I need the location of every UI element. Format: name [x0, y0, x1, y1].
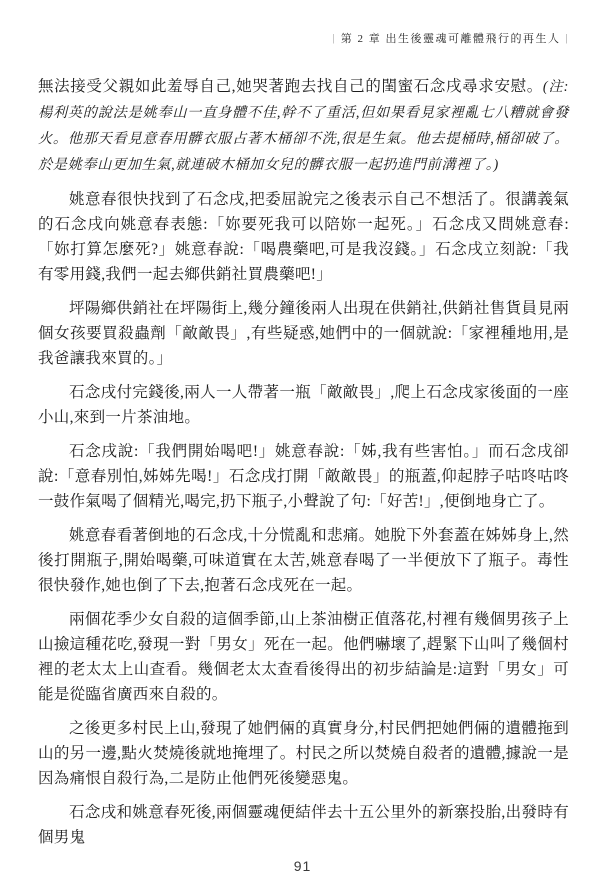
paragraph: 之後更多村民上山,發現了她們倆的真實身分,村民們把她們倆的遺體拖到山的另一邊,點…	[38, 716, 569, 791]
paragraph: 坪陽鄉供銷社在坪陽街上,幾分鐘後兩人出現在供銷社,供銷社售貨員見兩個女孩要買殺蟲…	[38, 296, 569, 371]
paragraph-lead-text: 無法接受父親如此羞辱自己,她哭著跑去找自己的閨蜜石念戌尋求安慰。	[38, 78, 543, 95]
paragraph: 姚意春很快找到了石念戌,把委屈說完之後表示自己不想活了。很講義氣的石念戌向姚意春…	[38, 187, 569, 287]
paragraph-continuation: 無法接受父親如此羞辱自己,她哭著跑去找自己的閨蜜石念戌尋求安慰。(注:楊利英的說…	[38, 74, 569, 178]
paragraph: 石念戌和姚意春死後,兩個靈魂便結伴去十五公里外的新寨投胎,出發時有個男鬼	[38, 800, 569, 850]
paragraph: 石念戌付完錢後,兩人一人帶著一瓶「敵敵畏」,爬上石念戌家後面的一座小山,來到一片…	[38, 380, 569, 430]
paragraph: 兩個花季少女自殺的這個季節,山上茶油樹正值落花,村裡有幾個男孩子上山撿這種花吃,…	[38, 607, 569, 707]
page-number: 91	[0, 858, 605, 874]
paragraph: 石念戌說:「我們開始喝吧!」姚意春說:「姊,我有些害怕。」而石念戌卻說:「意春別…	[38, 439, 569, 514]
header-right-bar: |	[565, 33, 569, 44]
chapter-title: 第 2 章 出生後靈魂可離體飛行的再生人	[341, 33, 561, 45]
running-header: |第 2 章 出生後靈魂可離體飛行的再生人|	[327, 30, 574, 46]
page-content: 無法接受父親如此羞辱自己,她哭著跑去找自己的閨蜜石念戌尋求安慰。(注:楊利英的說…	[38, 74, 569, 859]
book-page: |第 2 章 出生後靈魂可離體飛行的再生人| 無法接受父親如此羞辱自己,她哭著跑…	[0, 0, 605, 896]
paragraph: 姚意春看著倒地的石念戌,十分慌亂和悲痛。她脫下外套蓋在姊姊身上,然後打開瓶子,開…	[38, 523, 569, 598]
header-left-bar: |	[332, 33, 336, 44]
